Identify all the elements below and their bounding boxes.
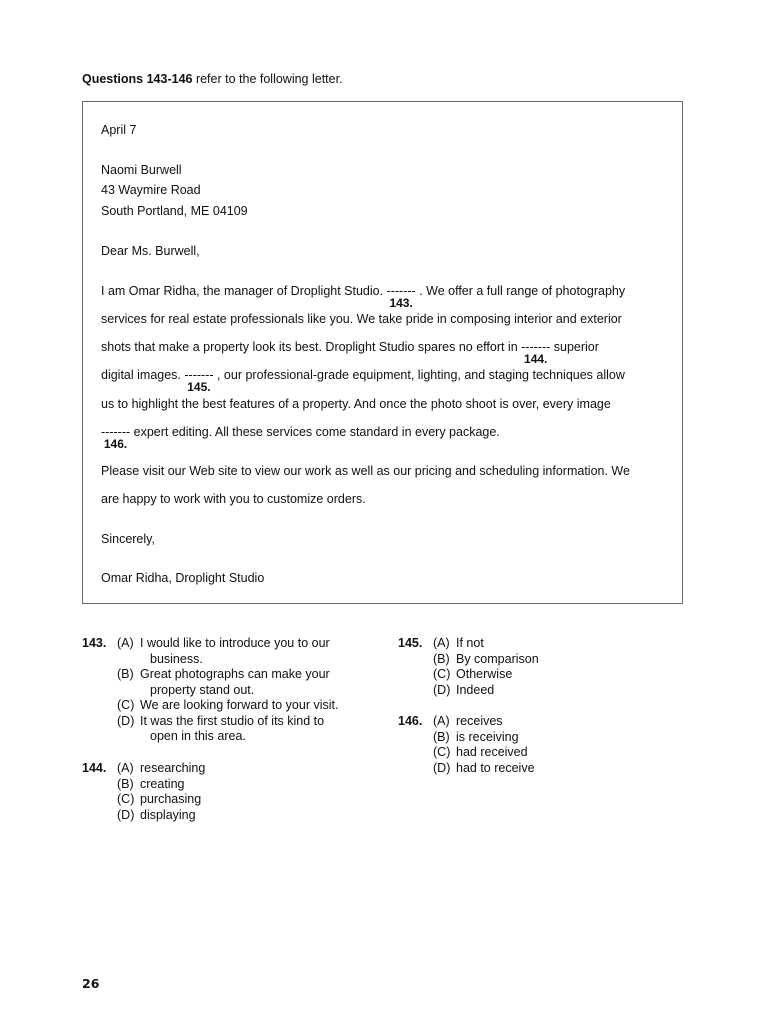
answer-option-d[interactable]: (D)It was the first studio of its kind t… bbox=[82, 714, 382, 745]
answer-option-d[interactable]: (D)had to receive bbox=[398, 761, 698, 777]
option-label: (C) bbox=[433, 667, 450, 683]
option-text: had to receive bbox=[433, 761, 698, 777]
option-label: (D) bbox=[433, 761, 450, 777]
option-text: By comparison bbox=[433, 652, 698, 668]
body-line: digital images. -------145. , our profes… bbox=[101, 368, 625, 382]
option-text: Indeed bbox=[433, 683, 698, 699]
question-144: 144.(A)researching(B)creating(C)purchasi… bbox=[82, 761, 382, 823]
option-text: Otherwise bbox=[433, 667, 698, 683]
signature: Omar Ridha, Droplight Studio bbox=[101, 571, 264, 585]
blank-145: -------145. bbox=[184, 368, 213, 382]
text: , our professional-grade equipment, ligh… bbox=[214, 368, 625, 382]
body-line: us to highlight the best features of a p… bbox=[101, 397, 611, 411]
answer-option-b[interactable]: (B)is receiving bbox=[398, 730, 698, 746]
body-line: Please visit our Web site to view our wo… bbox=[101, 464, 630, 478]
option-label: (D) bbox=[433, 683, 450, 699]
option-label: (B) bbox=[433, 652, 450, 668]
answer-option-a[interactable]: (A)If not bbox=[398, 636, 698, 652]
option-label: (C) bbox=[117, 698, 134, 714]
blank-number: 143. bbox=[389, 296, 412, 310]
body-line: I am Omar Ridha, the manager of Dropligh… bbox=[101, 284, 625, 298]
body-line: services for real estate professionals l… bbox=[101, 312, 622, 326]
answer-option-b[interactable]: (B)By comparison bbox=[398, 652, 698, 668]
option-text: open in this area. bbox=[117, 729, 382, 745]
text: expert editing. All these services come … bbox=[130, 425, 500, 439]
option-label: (A) bbox=[117, 761, 134, 777]
blank-number: 145. bbox=[187, 380, 210, 394]
answer-option-c[interactable]: (C)We are looking forward to your visit. bbox=[82, 698, 382, 714]
recipient-name: Naomi Burwell bbox=[101, 163, 182, 177]
option-text: creating bbox=[117, 777, 382, 793]
letter-date: April 7 bbox=[101, 123, 136, 137]
answer-option-b[interactable]: (B)creating bbox=[82, 777, 382, 793]
option-text: It was the first studio of its kind to bbox=[117, 714, 382, 730]
blank-144: -------144. bbox=[521, 340, 550, 354]
blank-number: 146. bbox=[104, 437, 127, 451]
option-label: (A) bbox=[433, 714, 450, 730]
question-146: 146.(A)receives(B)is receiving(C)had rec… bbox=[398, 714, 698, 776]
option-label: (C) bbox=[433, 745, 450, 761]
text: . We offer a full range of photography bbox=[416, 284, 625, 298]
option-text: I would like to introduce you to our bbox=[117, 636, 382, 652]
answer-option-d[interactable]: (D)Indeed bbox=[398, 683, 698, 699]
option-text: business. bbox=[117, 652, 382, 668]
option-text: If not bbox=[433, 636, 698, 652]
option-text: displaying bbox=[117, 808, 382, 824]
blank-number: 144. bbox=[524, 352, 547, 366]
option-text: purchasing bbox=[117, 792, 382, 808]
recipient-address-line2: South Portland, ME 04109 bbox=[101, 204, 248, 218]
answer-option-d[interactable]: (D)displaying bbox=[82, 808, 382, 824]
text: superior bbox=[550, 340, 599, 354]
question-143: 143.(A)I would like to introduce you to … bbox=[82, 636, 382, 745]
text: I am Omar Ridha, the manager of Dropligh… bbox=[101, 284, 387, 298]
text: shots that make a property look its best… bbox=[101, 340, 521, 354]
page-number: 26 bbox=[82, 976, 99, 991]
question-145: 145.(A)If not(B)By comparison(C)Otherwis… bbox=[398, 636, 698, 698]
option-text: receives bbox=[433, 714, 698, 730]
body-line: -------146. expert editing. All these se… bbox=[101, 425, 500, 439]
option-label: (D) bbox=[117, 714, 134, 730]
letter-passage: April 7 Naomi Burwell 43 Waymire Road So… bbox=[82, 101, 683, 604]
passage-instructions: Questions 143-146 refer to the following… bbox=[82, 72, 343, 86]
option-label: (A) bbox=[117, 636, 134, 652]
option-text: is receiving bbox=[433, 730, 698, 746]
answer-option-c[interactable]: (C)purchasing bbox=[82, 792, 382, 808]
answer-option-a[interactable]: (A)researching bbox=[82, 761, 382, 777]
answer-option-a[interactable]: (A)I would like to introduce you to ourb… bbox=[82, 636, 382, 667]
salutation: Dear Ms. Burwell, bbox=[101, 244, 200, 258]
instructions-text: refer to the following letter. bbox=[192, 72, 342, 86]
option-text: property stand out. bbox=[117, 683, 382, 699]
text: digital images. bbox=[101, 368, 184, 382]
option-label: (A) bbox=[433, 636, 450, 652]
option-text: Great photographs can make your bbox=[117, 667, 382, 683]
option-text: We are looking forward to your visit. bbox=[117, 698, 382, 714]
option-text: had received bbox=[433, 745, 698, 761]
option-text: researching bbox=[117, 761, 382, 777]
option-label: (B) bbox=[117, 667, 134, 683]
answer-option-c[interactable]: (C)had received bbox=[398, 745, 698, 761]
recipient-address-line1: 43 Waymire Road bbox=[101, 183, 201, 197]
option-label: (B) bbox=[433, 730, 450, 746]
blank-143: -------143. bbox=[387, 284, 416, 298]
answer-option-c[interactable]: (C)Otherwise bbox=[398, 667, 698, 683]
answer-option-a[interactable]: (A)receives bbox=[398, 714, 698, 730]
option-label: (B) bbox=[117, 777, 134, 793]
closing: Sincerely, bbox=[101, 532, 155, 546]
body-line: shots that make a property look its best… bbox=[101, 340, 599, 354]
option-label: (C) bbox=[117, 792, 134, 808]
answer-option-b[interactable]: (B)Great photographs can make yourproper… bbox=[82, 667, 382, 698]
question-range: Questions 143-146 bbox=[82, 72, 192, 86]
option-label: (D) bbox=[117, 808, 134, 824]
body-line: are happy to work with you to customize … bbox=[101, 492, 366, 506]
blank-146: -------146. bbox=[101, 425, 130, 439]
